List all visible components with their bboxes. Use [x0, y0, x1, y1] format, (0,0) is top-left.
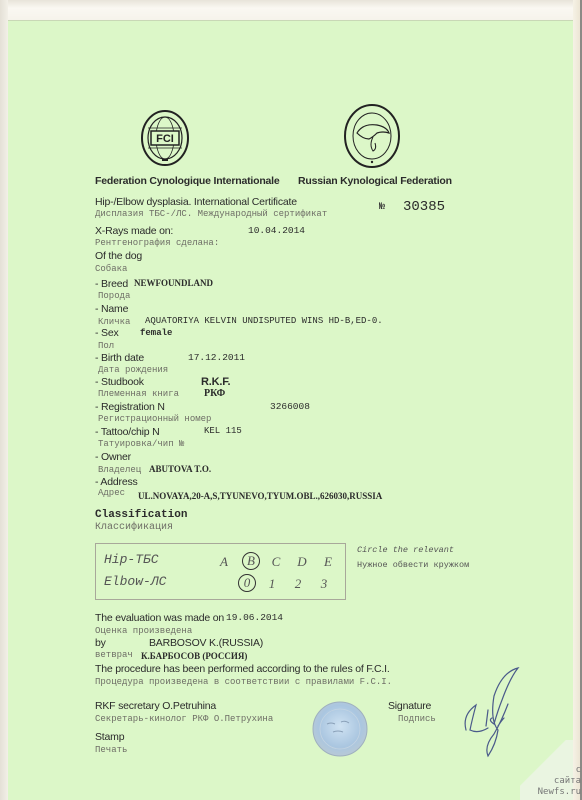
elbow-grades: 0123 — [96, 576, 345, 594]
by-label-ru: ветврач — [95, 650, 133, 660]
tattoo-label-en: - Tattoo/chip N — [95, 426, 160, 438]
studbook-value-ru: РКФ — [204, 388, 225, 399]
birth-date-value: 17.12.2011 — [188, 352, 245, 363]
dog-name-value: AQUATORIYA KELVIN UNDISPUTED WINS HD-B,E… — [145, 316, 383, 326]
owner-value: ABUTOVA T.O. — [149, 464, 211, 474]
circle-note-en: Circle the relevant — [357, 545, 454, 555]
fci-logo: FCI — [140, 109, 190, 167]
hip-grade-e: E — [320, 554, 336, 570]
elbow-grade-2: 2 — [290, 576, 306, 592]
registration-label-en: - Registration N — [95, 401, 165, 413]
xray-date: 10.04.2014 — [248, 225, 305, 236]
elbow-grade-3: 3 — [316, 576, 332, 592]
sex-label-en: - Sex — [95, 327, 119, 339]
vet-name-en: BARBOSOV K.(RUSSIA) — [149, 637, 263, 649]
scan-border-top — [0, 0, 582, 20]
address-label-ru: Адрес — [98, 488, 125, 498]
evaluation-label-ru: Оценка произведена — [95, 626, 192, 636]
circle-note-ru: Нужное обвести кружком — [357, 560, 469, 570]
xray-label-ru: Рентгенография сделана: — [95, 238, 219, 248]
procedure-note-ru: Процедура произведена в соответствии с п… — [95, 677, 392, 687]
tattoo-label-ru: Татуировка/чип № — [98, 439, 184, 449]
procedure-note-en: The procedure has been performed accordi… — [95, 663, 390, 675]
studbook-label-ru: Племенная книга — [98, 389, 179, 399]
signature-label-ru: Подпись — [398, 714, 436, 724]
secretary-en: RKF secretary O.Petruhina — [95, 700, 216, 712]
scan-border-right — [573, 0, 582, 800]
xray-label-en: X-Rays made on: — [95, 225, 173, 237]
svg-text:FCI: FCI — [156, 133, 174, 145]
hologram-stamp — [311, 700, 369, 758]
owner-label-en: - Owner — [95, 451, 131, 463]
address-label-en: - Address — [95, 476, 138, 488]
dog-heading-ru: Собака — [95, 264, 127, 274]
breed-label-ru: Порода — [98, 291, 130, 301]
classification-heading-ru: Классификация — [95, 522, 173, 533]
rkf-logo — [343, 103, 401, 169]
org-right-title: Russian Kynological Federation — [298, 175, 452, 187]
hip-grade-d: D — [294, 554, 310, 570]
hip-grade-b-selected: B — [242, 552, 260, 570]
classification-heading-en: Classification — [95, 509, 187, 521]
hip-grade-c: C — [268, 554, 284, 570]
elbow-grade-1: 1 — [264, 576, 280, 592]
registration-label-ru: Регистрационный номер — [98, 414, 211, 424]
certificate-title-en: Hip-/Elbow dysplasia. International Cert… — [95, 196, 297, 208]
classification-box: Hip-ТБС Elbow-ЛС ABCDE 0123 — [95, 543, 346, 600]
evaluation-date: 19.06.2014 — [226, 612, 283, 623]
watermark-line-2: сайта — [538, 776, 581, 787]
signature-label-en: Signature — [388, 700, 431, 712]
hip-grades: ABCDE — [96, 554, 345, 572]
owner-label-ru: Владелец — [98, 465, 141, 475]
birth-date-label-ru: Дата рождения — [98, 365, 168, 375]
birth-date-label-en: - Birth date — [95, 352, 144, 364]
address-value: UL.NOVAYA,20-A,S,TYUNEVO,TYUM.OBL.,62603… — [138, 491, 382, 501]
stamp-label-en: Stamp — [95, 731, 124, 743]
breed-value: NEWFOUNDLAND — [134, 278, 213, 288]
org-left-title: Federation Cynologique Internationale — [95, 175, 280, 187]
evaluation-label-en: The evaluation was made on — [95, 612, 224, 624]
name-label-ru: Кличка — [98, 317, 130, 327]
dog-heading-en: Of the dog — [95, 250, 142, 262]
hip-grade-a: A — [216, 554, 232, 570]
site-watermark: с сайта Newfs.ru — [538, 765, 581, 798]
elbow-grade-0-selected: 0 — [238, 574, 256, 592]
breed-label-en: - Breed — [95, 278, 128, 290]
secretary-ru: Секретарь-кинолог РКФ О.Петрухина — [95, 714, 273, 724]
studbook-value: R.K.F. — [201, 376, 230, 388]
registration-value: 3266008 — [270, 401, 310, 412]
by-label-en: by — [95, 637, 106, 649]
certificate-number: 30385 — [403, 199, 445, 215]
vet-name-ru: К.БАРБОСОВ (РОССИЯ) — [141, 651, 247, 661]
watermark-line-1: с — [538, 765, 581, 776]
number-sign: № — [379, 202, 385, 213]
sex-value: female — [140, 328, 172, 338]
sex-label-ru: Пол — [98, 341, 114, 351]
stamp-label-ru: Печать — [95, 745, 127, 755]
certificate-title-ru: Дисплазия ТБС-/ЛС. Международный сертифи… — [95, 209, 327, 219]
watermark-line-3: Newfs.ru — [538, 787, 581, 798]
scan-border-left — [0, 0, 8, 800]
tattoo-value: KEL 115 — [204, 426, 242, 436]
studbook-label-en: - Studbook — [95, 376, 144, 388]
name-label-en: - Name — [95, 303, 128, 315]
